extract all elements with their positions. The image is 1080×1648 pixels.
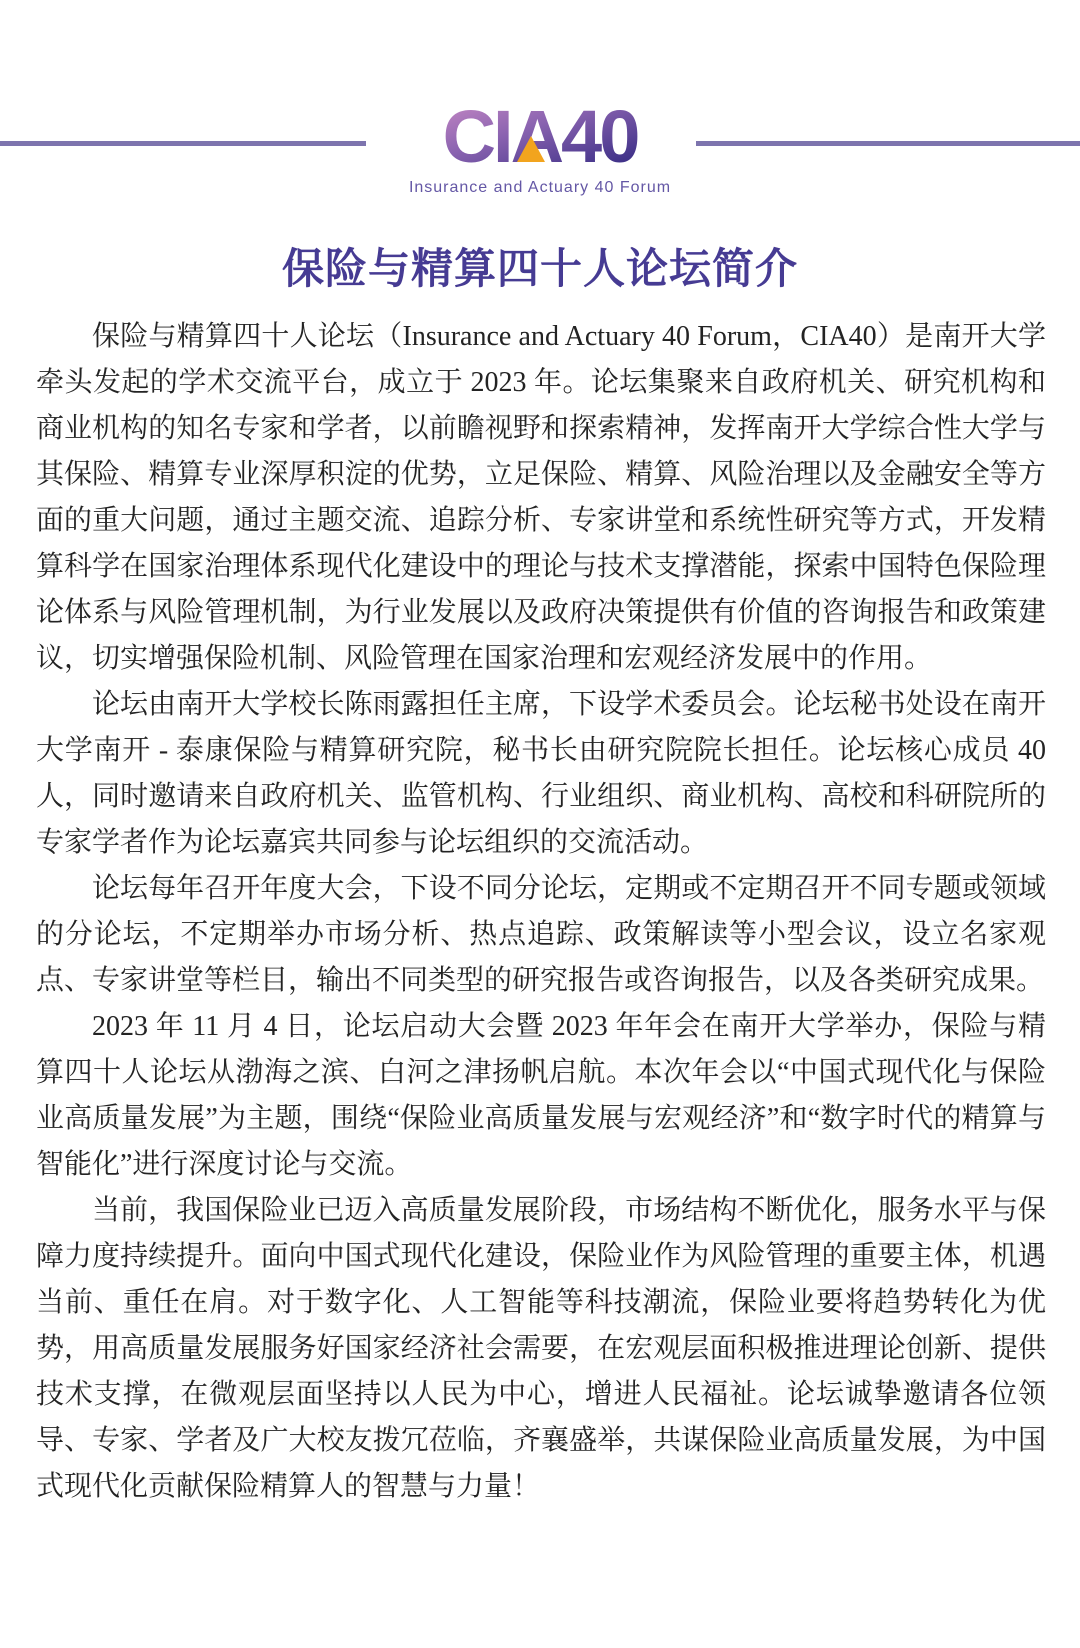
page: CIA40 Insurance and Actuary 40 Forum 保险与… — [0, 0, 1080, 1648]
logo-tagline: Insurance and Actuary 40 Forum — [0, 179, 1080, 197]
logo-wordmark: CIA40 — [443, 96, 639, 178]
paragraph-outlook: 当前，我国保险业已迈入高质量发展阶段，市场结构不断优化，服务水平与保障力度持续提… — [36, 1188, 1046, 1510]
page-title: 保险与精算四十人论坛简介 — [0, 236, 1080, 296]
paragraph-launch-event: 2023 年 11 月 4 日，论坛启动大会暨 2023 年年会在南开大学举办，… — [36, 1004, 1046, 1188]
article: 保险与精算四十人论坛（Insurance and Actuary 40 Foru… — [36, 314, 1046, 1510]
paragraph-activities: 论坛每年召开年度大会，下设不同分论坛，定期或不定期召开不同专题或领域的分论坛，不… — [36, 866, 1046, 1004]
cia40-logo: CIA40 Insurance and Actuary 40 Forum — [0, 96, 1080, 197]
logo-wordmark-svg: CIA40 — [405, 96, 675, 178]
paragraph-organization: 论坛由南开大学校长陈雨露担任主席，下设学术委员会。论坛秘书处设在南开大学南开 -… — [36, 682, 1046, 866]
paragraph-intro: 保险与精算四十人论坛（Insurance and Actuary 40 Foru… — [36, 314, 1046, 682]
